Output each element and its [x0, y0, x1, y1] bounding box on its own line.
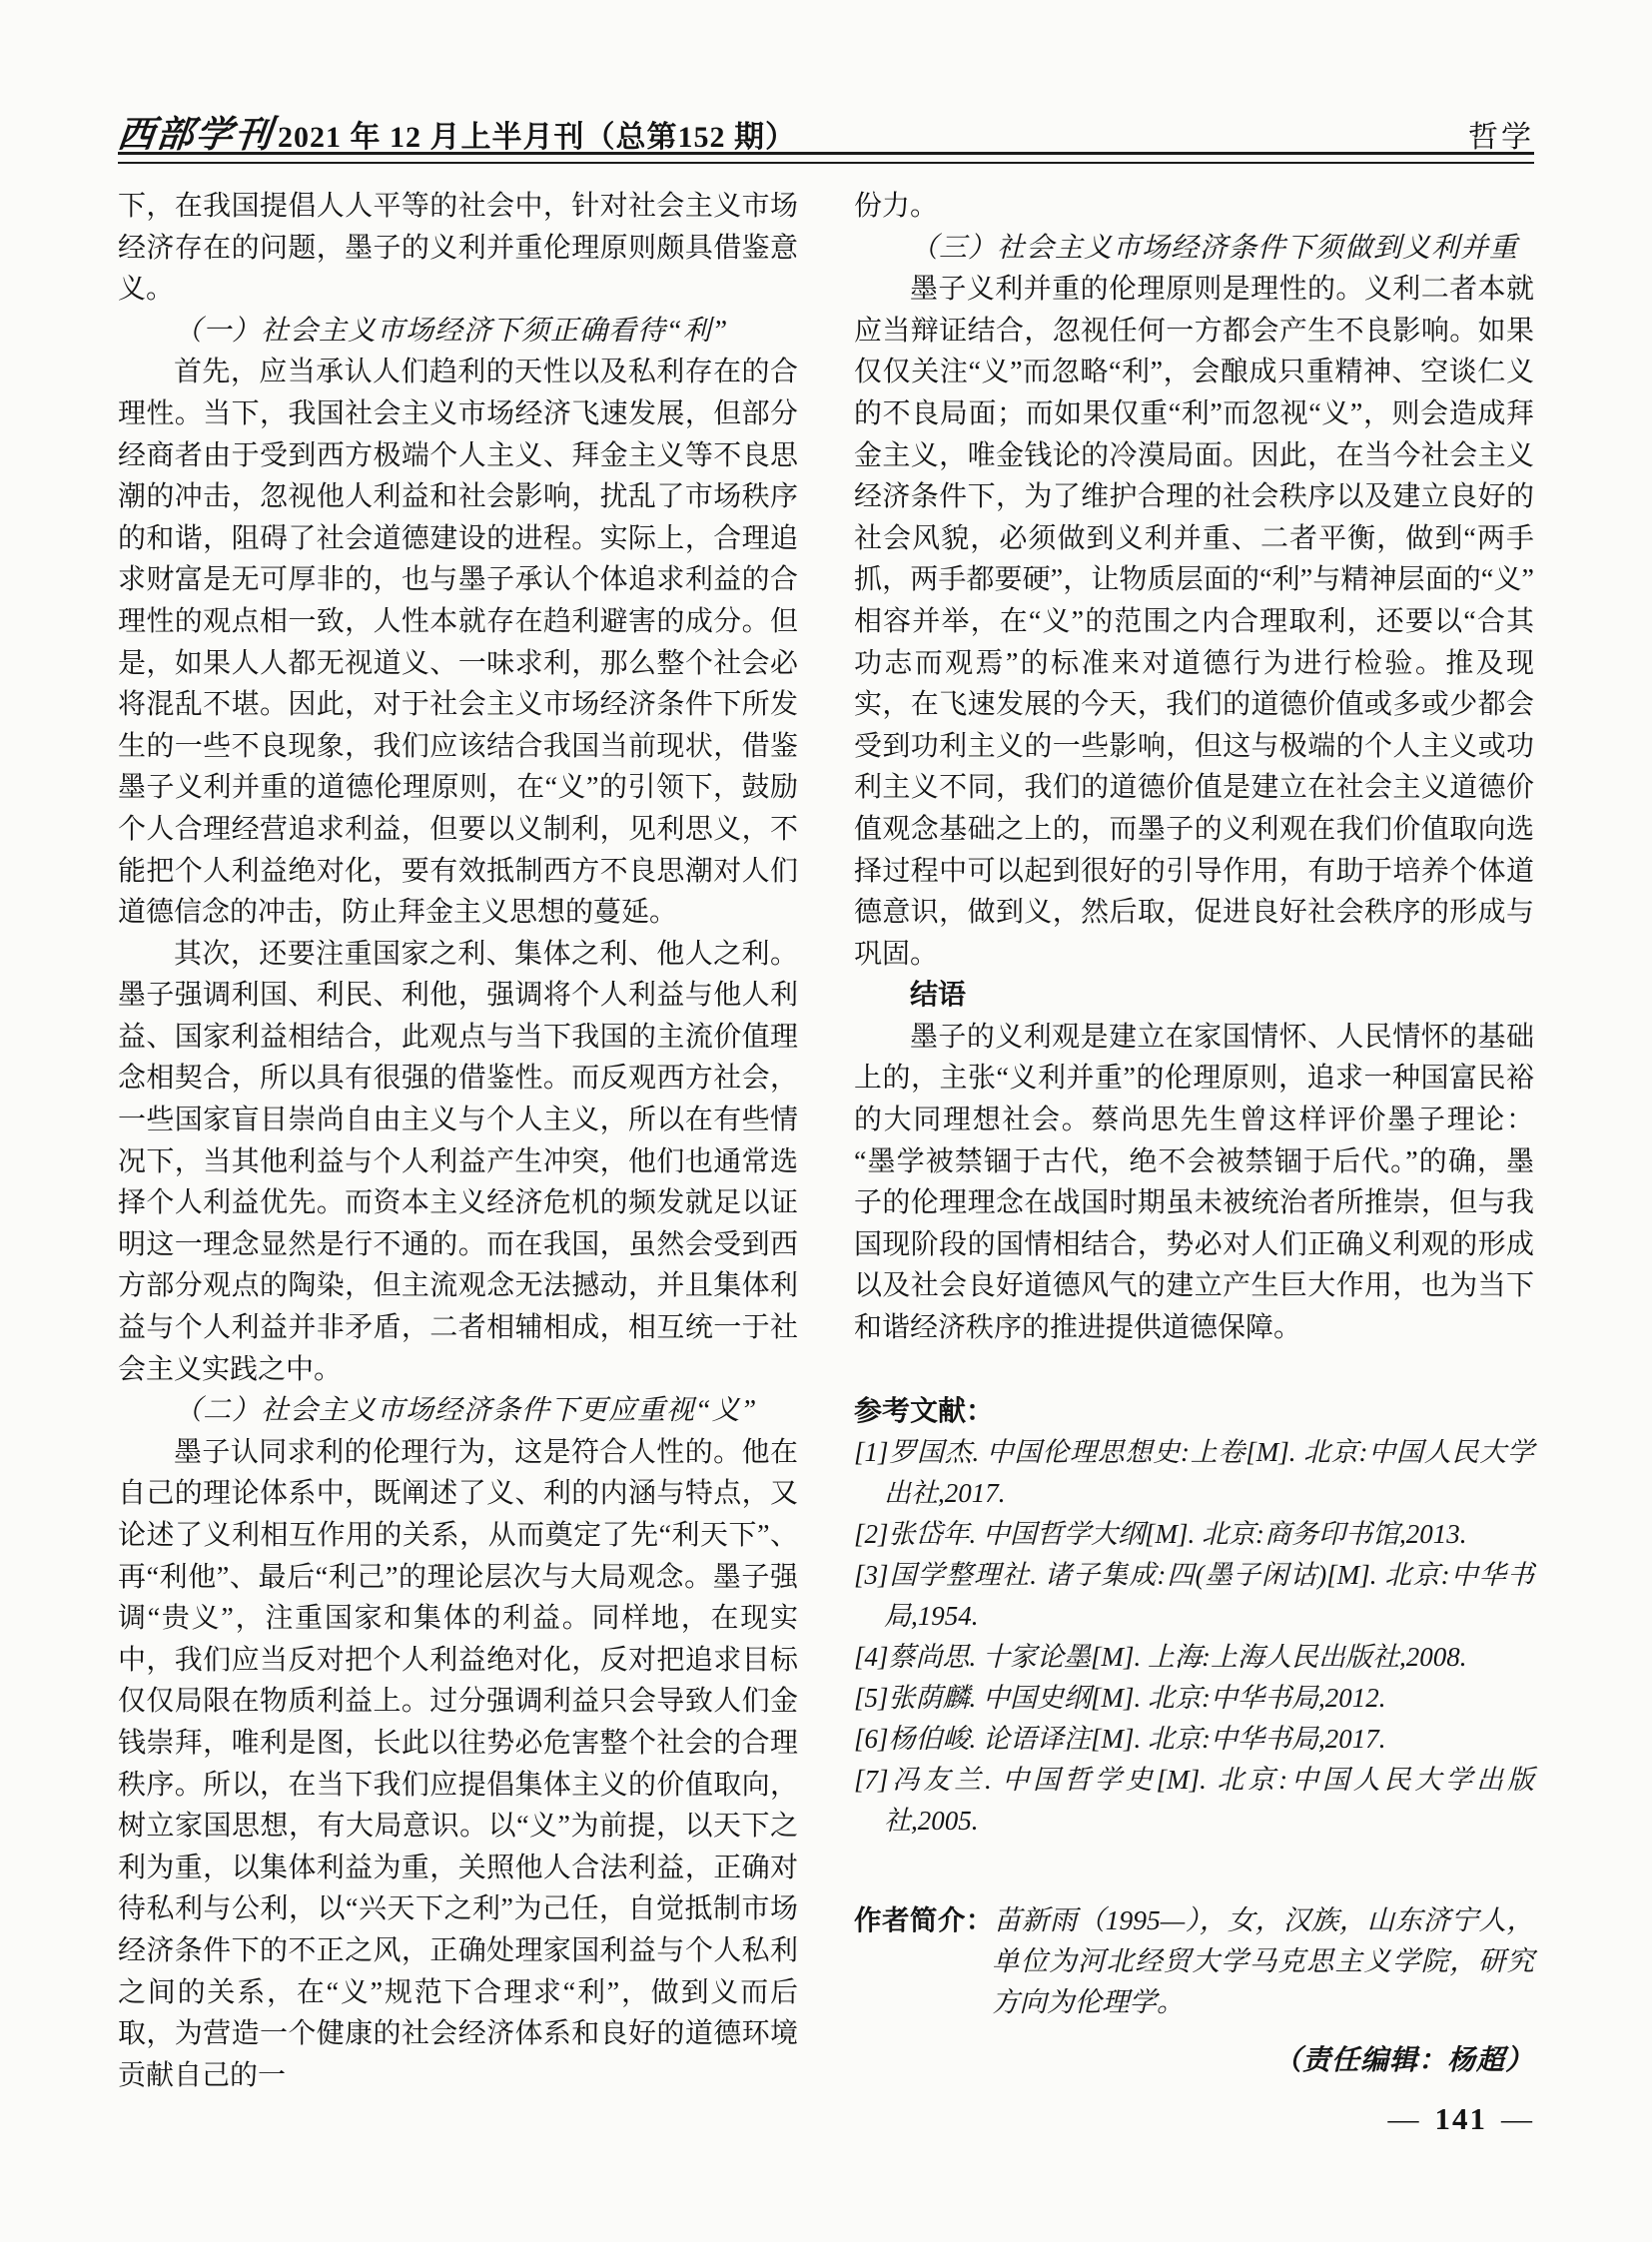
section-label: 哲学	[1468, 112, 1534, 156]
left-column: 下，在我国提倡人人平等的社会中，针对社会主义市场经济存在的问题，墨子的义利并重伦…	[118, 186, 798, 2096]
page-number-dash-right: —	[1501, 2101, 1534, 2137]
issue-info: 2021 年 12 月上半月刊（总第152 期）	[278, 112, 796, 156]
paragraph: 墨子义利并重的伦理原则是理性的。义利二者本就应当辩证结合，忽视任何一方都会产生不…	[854, 269, 1534, 975]
author-bio: 作者简介：苗新雨（1995—），女，汉族，山东济宁人，单位为河北经贸大学马克思主…	[854, 1899, 1534, 2022]
editor-note: （责任编辑：杨超）	[854, 2040, 1534, 2082]
paragraph: 份力。	[854, 186, 1534, 228]
right-column: 份力。 （三）社会主义市场经济条件下须做到义利并重 墨子义利并重的伦理原则是理性…	[854, 186, 1534, 2096]
reference-item: [2]张岱年. 中国哲学大纲[M]. 北京:商务印书馆,2013.	[854, 1514, 1534, 1555]
section-heading-2: （二）社会主义市场经济条件下更应重视“义”	[118, 1390, 798, 1432]
header-left: 西部学刊 2021 年 12 月上半月刊（总第152 期）	[118, 104, 796, 158]
reference-item: [3]国学整理社. 诸子集成:四(墨子闲诂)[M]. 北京:中华书局,1954.	[854, 1555, 1534, 1637]
reference-item: [7]冯友兰. 中国哲学史[M]. 北京:中国人民大学出版社,2005.	[854, 1760, 1534, 1842]
author-bio-label: 作者简介：	[854, 1904, 994, 1935]
page-footer: — 141 —	[1388, 2101, 1535, 2137]
paragraph: 首先，应当承认人们趋利的天性以及私利存在的合理性。当下，我国社会主义市场经济飞速…	[118, 352, 798, 933]
section-heading-1: （一）社会主义市场经济下须正确看待“利”	[118, 311, 798, 353]
reference-item: [6]杨伯峻. 论语译注[M]. 北京:中华书局,2017.	[854, 1719, 1534, 1760]
paragraph: 下，在我国提倡人人平等的社会中，针对社会主义市场经济存在的问题，墨子的义利并重伦…	[118, 186, 798, 311]
page-number: 141	[1435, 2101, 1488, 2137]
journal-logo: 西部学刊	[115, 104, 277, 158]
references-section: 参考文献： [1]罗国杰. 中国伦理思想史:上卷[M]. 北京:中国人民大学出社…	[854, 1391, 1534, 1843]
references-list: [1]罗国杰. 中国伦理思想史:上卷[M]. 北京:中国人民大学出社,2017.…	[854, 1432, 1534, 1842]
page-header: 西部学刊 2021 年 12 月上半月刊（总第152 期） 哲学	[118, 104, 1534, 158]
references-title: 参考文献：	[854, 1391, 1534, 1433]
header-divider	[118, 152, 1534, 164]
page-number-dash-left: —	[1388, 2101, 1421, 2137]
author-bio-text: 苗新雨（1995—），女，汉族，山东济宁人，单位为河北经贸大学马克思主义学院，研…	[992, 1904, 1534, 2017]
paragraph: 其次，还要注重国家之利、集体之利、他人之利。墨子强调利国、利民、利他，强调将个人…	[118, 934, 798, 1391]
conclusion-heading: 结语	[854, 975, 1534, 1017]
journal-page: 西部学刊 2021 年 12 月上半月刊（总第152 期） 哲学 下，在我国提倡…	[0, 0, 1652, 2242]
section-heading-3: （三）社会主义市场经济条件下须做到义利并重	[854, 228, 1534, 270]
reference-item: [1]罗国杰. 中国伦理思想史:上卷[M]. 北京:中国人民大学出社,2017.	[854, 1432, 1534, 1514]
paragraph: 墨子的义利观是建立在家国情怀、人民情怀的基础上的，主张“义利并重”的伦理原则，追…	[854, 1017, 1534, 1349]
paragraph: 墨子认同求利的伦理行为，这是符合人性的。他在自己的理论体系中，既阐述了义、利的内…	[118, 1432, 798, 2097]
article-body: 下，在我国提倡人人平等的社会中，针对社会主义市场经济存在的问题，墨子的义利并重伦…	[118, 186, 1534, 2096]
reference-item: [5]张荫麟. 中国史纲[M]. 北京:中华书局,2012.	[854, 1678, 1534, 1719]
reference-item: [4]蔡尚思. 十家论墨[M]. 上海:上海人民出版社,2008.	[854, 1637, 1534, 1678]
